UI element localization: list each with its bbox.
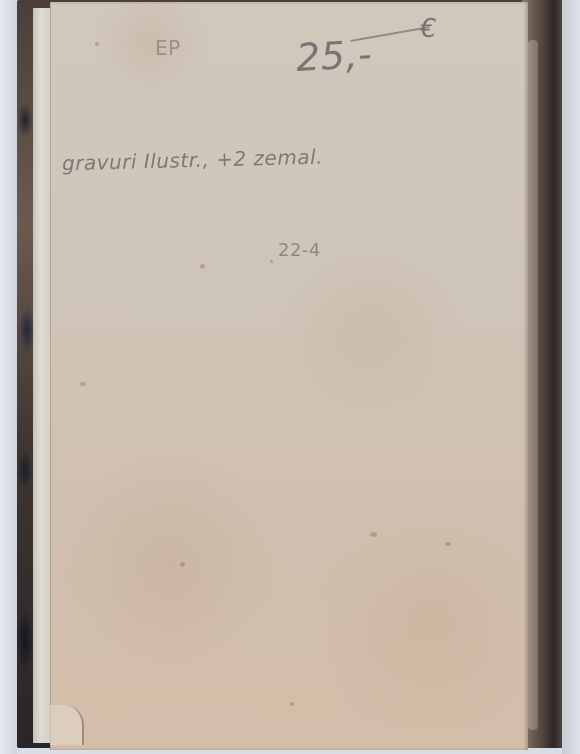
foxing-spot: [370, 532, 377, 537]
foxing-spot: [180, 562, 185, 567]
handwritten-price: 25,-: [295, 32, 373, 80]
background-left: [0, 0, 17, 754]
endpaper-page: [50, 2, 528, 750]
foxing-spot: [270, 260, 273, 263]
foxing-spot: [290, 702, 294, 706]
euro-sign: €: [420, 14, 437, 44]
handwritten-code: 22-4: [278, 240, 321, 261]
foxing-spot: [200, 264, 205, 269]
foxing-spot: [95, 42, 99, 46]
page-corner-fold: [50, 705, 84, 745]
foxing-spot: [80, 382, 86, 386]
background-right: [562, 0, 580, 754]
handwritten-initials: EP: [155, 36, 181, 60]
foxing-spot: [445, 542, 451, 546]
binding-hinge-strip: [33, 8, 51, 743]
book-page-edges: [528, 40, 538, 730]
